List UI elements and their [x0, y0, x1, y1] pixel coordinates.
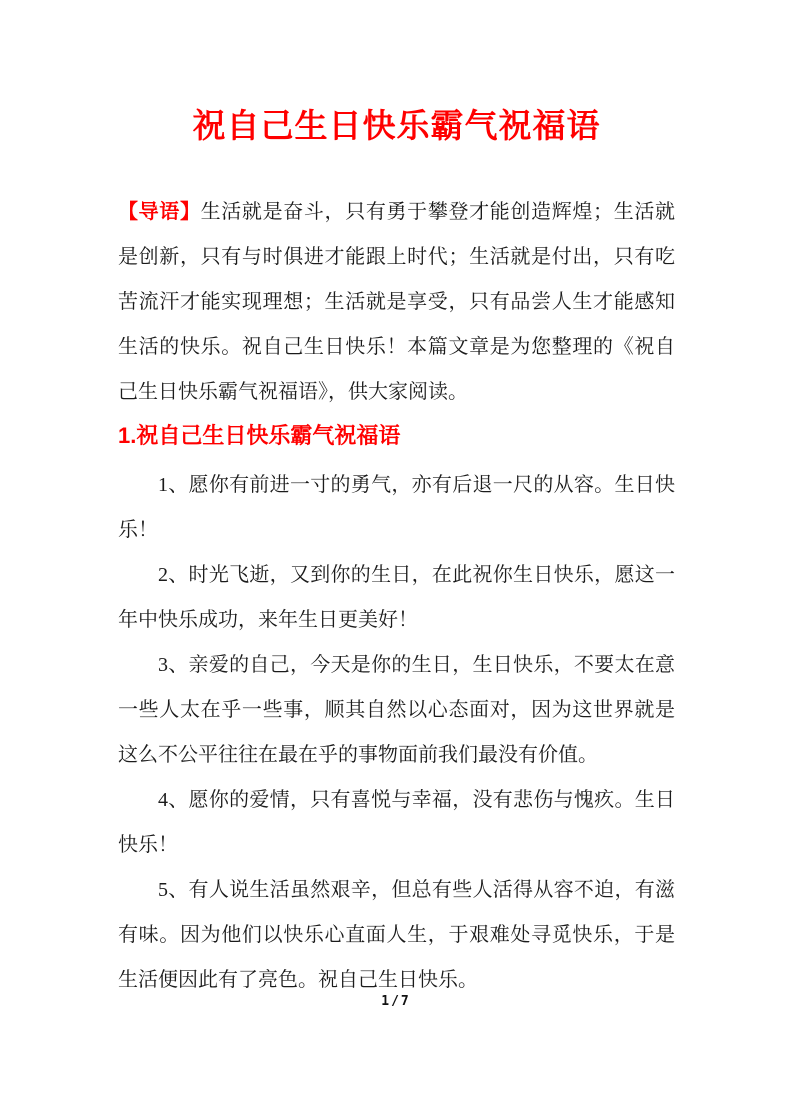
wish-item-2: 2、时光飞逝，又到你的生日，在此祝你生日快乐，愿这一年中快乐成功，来年生日更美好…	[118, 553, 675, 643]
lead-label: 【导语】	[118, 201, 201, 223]
document-page: 祝自己生日快乐霸气祝福语 【导语】生活就是奋斗，只有勇于攀登才能创造辉煌；生活就…	[0, 0, 792, 1120]
wish-item-3: 3、亲爱的自己，今天是你的生日，生日快乐，不要太在意一些人太在乎一些事，顺其自然…	[118, 643, 675, 778]
wish-item-4: 4、愿你的爱情，只有喜悦与幸福，没有悲伤与愧疚。生日快乐！	[118, 778, 675, 868]
lead-text: 生活就是奋斗，只有勇于攀登才能创造辉煌；生活就是创新，只有与时俱进才能跟上时代；…	[118, 201, 675, 403]
wish-list: 1、愿你有前进一寸的勇气，亦有后退一尺的从容。生日快乐！ 2、时光飞逝，又到你的…	[118, 463, 675, 1003]
section-heading: 1.祝自己生日快乐霸气祝福语	[118, 417, 675, 455]
lead-paragraph: 【导语】生活就是奋斗，只有勇于攀登才能创造辉煌；生活就是创新，只有与时俱进才能跟…	[118, 190, 675, 415]
document-title: 祝自己生日快乐霸气祝福语	[118, 105, 675, 146]
wish-item-5: 5、有人说生活虽然艰辛，但总有些人活得从容不迫，有滋有味。因为他们以快乐心直面人…	[118, 868, 675, 1003]
page-number: 1/7	[0, 994, 792, 1009]
wish-item-1: 1、愿你有前进一寸的勇气，亦有后退一尺的从容。生日快乐！	[118, 463, 675, 553]
